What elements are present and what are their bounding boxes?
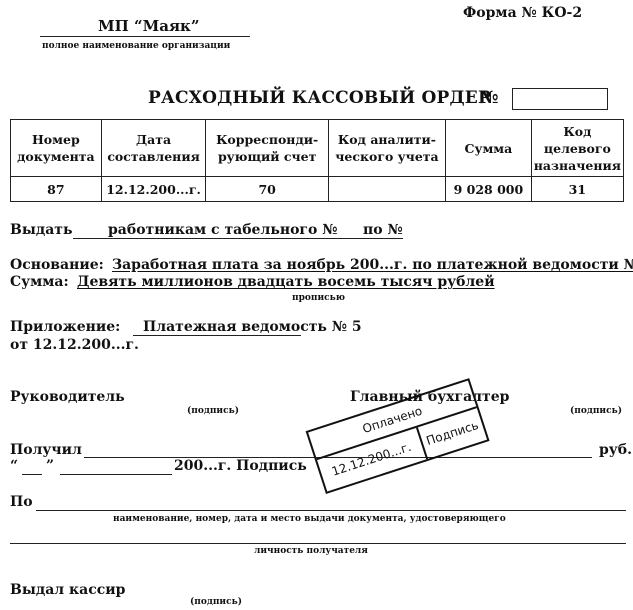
date-open-quote: “ [10, 458, 18, 474]
cell-date: 12.12.200...г. [101, 177, 206, 202]
cell-sum: 9 028 000 [446, 177, 532, 202]
issue-to-label: по № [363, 222, 403, 238]
issue-label: Выдать [10, 222, 72, 238]
id-document-caption: наименование, номер, дата и место выдачи… [113, 514, 506, 524]
cashier-signature-caption: (подпись) [190, 597, 242, 607]
header-corresponding-account: Корреспонди-рующий счет [206, 120, 328, 177]
sum-value: Девять миллионов двадцать восемь тысяч р… [77, 274, 495, 290]
table-row: 87 12.12.200...г. 70 9 028 000 31 [11, 177, 624, 202]
header-purpose-code: Код целевогоназначения [531, 120, 623, 177]
basis-label: Основание: [10, 257, 104, 273]
order-details-table: Номердокумента Датасоставления Корреспон… [10, 119, 624, 202]
header-sum: Сумма [446, 120, 532, 177]
attachment-label: Приложение: [10, 319, 120, 335]
cashier-label: Выдал кассир [10, 582, 125, 598]
date-day-line[interactable] [22, 474, 42, 475]
cell-document-number: 87 [11, 177, 102, 202]
header-document-number: Номердокумента [11, 120, 102, 177]
header-analytics-code: Код аналити-ческого учета [328, 120, 445, 177]
attachment-date: от 12.12.200...г. [10, 337, 139, 353]
received-label: Получил [10, 442, 82, 458]
issue-value: работникам с табельного № [108, 222, 337, 238]
date-close-quote: ” [46, 458, 54, 474]
sum-caption: прописью [292, 293, 345, 303]
basis-value: Заработная плата за ноябрь 200...г. по п… [112, 257, 633, 273]
head-signature-caption: (подпись) [187, 406, 239, 416]
by-document-label: По [10, 494, 33, 510]
document-number-field[interactable] [512, 88, 608, 110]
cell-analytics-code [328, 177, 445, 202]
identity-caption: личность получателя [254, 546, 368, 556]
cell-corresponding-account: 70 [206, 177, 328, 202]
sum-label: Сумма: [10, 274, 69, 290]
document-title: РАСХОДНЫЙ КАССОВЫЙ ОРДЕР [148, 88, 491, 108]
attachment-underline [133, 335, 301, 336]
head-label: Руководитель [10, 389, 125, 405]
chief-accountant-signature-caption: (подпись) [570, 406, 622, 416]
date-year-signature: 200...г. Подпись [174, 458, 307, 474]
cell-purpose-code: 31 [531, 177, 623, 202]
header-date: Датасоставления [101, 120, 206, 177]
date-month-line[interactable] [60, 474, 172, 475]
id-document-line[interactable] [36, 510, 626, 511]
identity-line[interactable] [10, 543, 626, 544]
organization-name: МП “Маяк” [98, 17, 199, 35]
attachment-value: Платежная ведомость № 5 [143, 319, 362, 335]
table-header-row: Номердокумента Датасоставления Корреспон… [11, 120, 624, 177]
number-sign: № [480, 88, 498, 108]
organization-caption: полное наименование организации [42, 41, 230, 51]
form-code: Форма № КО-2 [463, 5, 582, 21]
organization-underline [40, 36, 250, 37]
issue-underline [73, 238, 403, 239]
received-unit: руб. [599, 442, 632, 458]
